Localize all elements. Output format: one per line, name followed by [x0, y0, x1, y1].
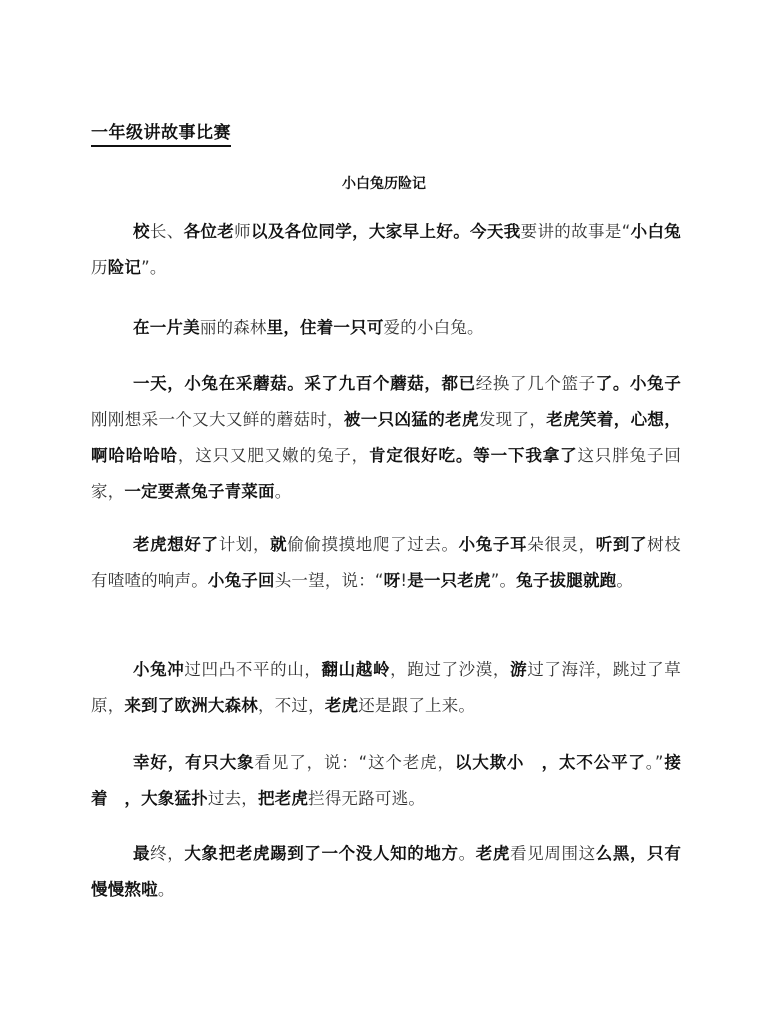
- bold-text-run: 各位老: [184, 222, 235, 241]
- document-page: 一年级讲故事比赛 小白兔历险记 校长、各位老师以及各位同学，大家早上好。今天我要…: [0, 0, 768, 1024]
- bold-text-run: 里，住着一只可: [267, 318, 384, 337]
- text-run: 。”: [646, 753, 664, 772]
- text-run: 发现了，: [479, 410, 546, 429]
- bold-text-run: 就: [270, 535, 287, 554]
- bold-text-run: 幸好，有只大象: [133, 753, 255, 772]
- paragraph-mushrooms: 一天，小兔在采蘑菇。采了九百个蘑菇，都已经换了几个篮子了。小兔子刚刚想采一个又大…: [91, 366, 681, 510]
- bold-text-run: 校: [133, 222, 150, 241]
- text-run: ”。: [491, 571, 516, 590]
- bold-text-run: 最: [133, 844, 150, 863]
- bold-text-run: 大象把老虎踢到了一个没人知的地方: [184, 844, 458, 863]
- story-title: 小白兔历险记: [0, 174, 768, 194]
- paragraph-forest: 在一片美丽的森林里，住着一只可爱的小白兔。: [91, 310, 681, 346]
- text-run: 刚刚想采一个又大又鲜的蘑菇时，: [91, 410, 344, 429]
- text-run: 还是跟了上来。: [358, 696, 475, 715]
- bold-text-run: 以及各位同学，大家早上好。今天我: [251, 222, 521, 241]
- text-run: 朵很灵，: [527, 535, 596, 554]
- bold-text-run: 险记: [108, 258, 141, 277]
- text-run: 拦得无路可逃。: [308, 789, 425, 808]
- text-run: 过凹凸不平的山，: [184, 660, 321, 679]
- text-run: ，不过，: [258, 696, 325, 715]
- bold-text-run: 小白兔: [630, 222, 681, 241]
- bold-text-run: 一天，小兔在采蘑菇。采了九百个蘑菇，都已: [133, 374, 476, 393]
- bold-text-run: 兔子拔腿就跑: [516, 571, 616, 590]
- bold-text-run: 老虎: [476, 844, 510, 863]
- bold-text-run: 呀: [384, 571, 401, 590]
- text-run: 。: [616, 571, 633, 590]
- text-run: 偷偷摸摸地爬了过去。: [287, 535, 458, 554]
- text-run: ，这只又肥又嫩的兔子，: [178, 446, 369, 465]
- bold-text-run: 小兔冲: [133, 660, 184, 679]
- text-run: 头一望，说：“: [275, 571, 384, 590]
- text-run: 终，: [150, 844, 184, 863]
- bold-text-run: 翻山越岭: [322, 660, 391, 679]
- text-run: 师: [234, 222, 251, 241]
- paragraph-greeting: 校长、各位老师以及各位同学，大家早上好。今天我要讲的故事是“小白兔历险记”。: [91, 214, 681, 286]
- text-run: 计划，: [219, 535, 270, 554]
- bold-text-run: 在一片美: [133, 318, 200, 337]
- text-run: 丽的森林: [200, 318, 267, 337]
- bold-text-run: 老虎想好了: [133, 535, 219, 554]
- text-run: 长、: [150, 222, 184, 241]
- text-run: 过去，: [208, 789, 258, 808]
- bold-text-run: 老虎: [325, 696, 358, 715]
- bold-text-run: 游: [510, 660, 527, 679]
- text-run: 。: [275, 482, 292, 501]
- bold-text-run: 来到了欧洲大森林: [124, 696, 258, 715]
- text-run: 。: [459, 844, 476, 863]
- paragraph-ending: 最终，大象把老虎踢到了一个没人知的地方。老虎看见周围这么黑，只有慢慢熬啦。: [91, 836, 681, 908]
- bold-text-run: 小兔子耳: [459, 535, 528, 554]
- text-run: 经换了几个篮子: [476, 374, 596, 393]
- bold-text-run: 听到了: [596, 535, 647, 554]
- text-run: ，跑过了沙漠，: [390, 660, 510, 679]
- bold-text-run: 小兔子回: [208, 571, 275, 590]
- bold-text-run: 肯定很好吃。等一下我拿了: [369, 446, 577, 465]
- text-run: 爱的小白兔。: [384, 318, 484, 337]
- text-run: 看见周围这: [510, 844, 596, 863]
- text-run: 。: [158, 880, 175, 899]
- text-run: 要讲的故事是“: [521, 222, 631, 241]
- text-run: 历: [91, 258, 108, 277]
- bold-text-run: 一定要煮兔子青菜面: [124, 482, 274, 501]
- document-heading: 一年级讲故事比赛: [91, 122, 231, 147]
- text-run: ”。: [141, 258, 166, 277]
- paragraph-elephant: 幸好，有只大象看见了，说：“这个老虎，以大欺小 ，太不公平了。”接着 ，大象猛扑…: [91, 745, 681, 817]
- text-run: 看见了，说：“这个老虎，: [255, 753, 455, 772]
- bold-text-run: 把老虎: [258, 789, 308, 808]
- bold-text-run: 被一只凶猛的老虎: [344, 410, 479, 429]
- paragraph-escape: 小兔冲过凹凸不平的山，翻山越岭，跑过了沙漠，游过了海洋，跳过了草原，来到了欧洲大…: [91, 652, 681, 724]
- bold-text-run: 是一只老虎: [407, 571, 491, 590]
- bold-text-run: 了。小兔子: [596, 374, 681, 393]
- bold-text-run: 以大欺小 ，太不公平了: [455, 753, 646, 772]
- paragraph-tiger-plan: 老虎想好了计划，就偷偷摸摸地爬了过去。小兔子耳朵很灵，听到了树枝有喳喳的响声。小…: [91, 527, 681, 599]
